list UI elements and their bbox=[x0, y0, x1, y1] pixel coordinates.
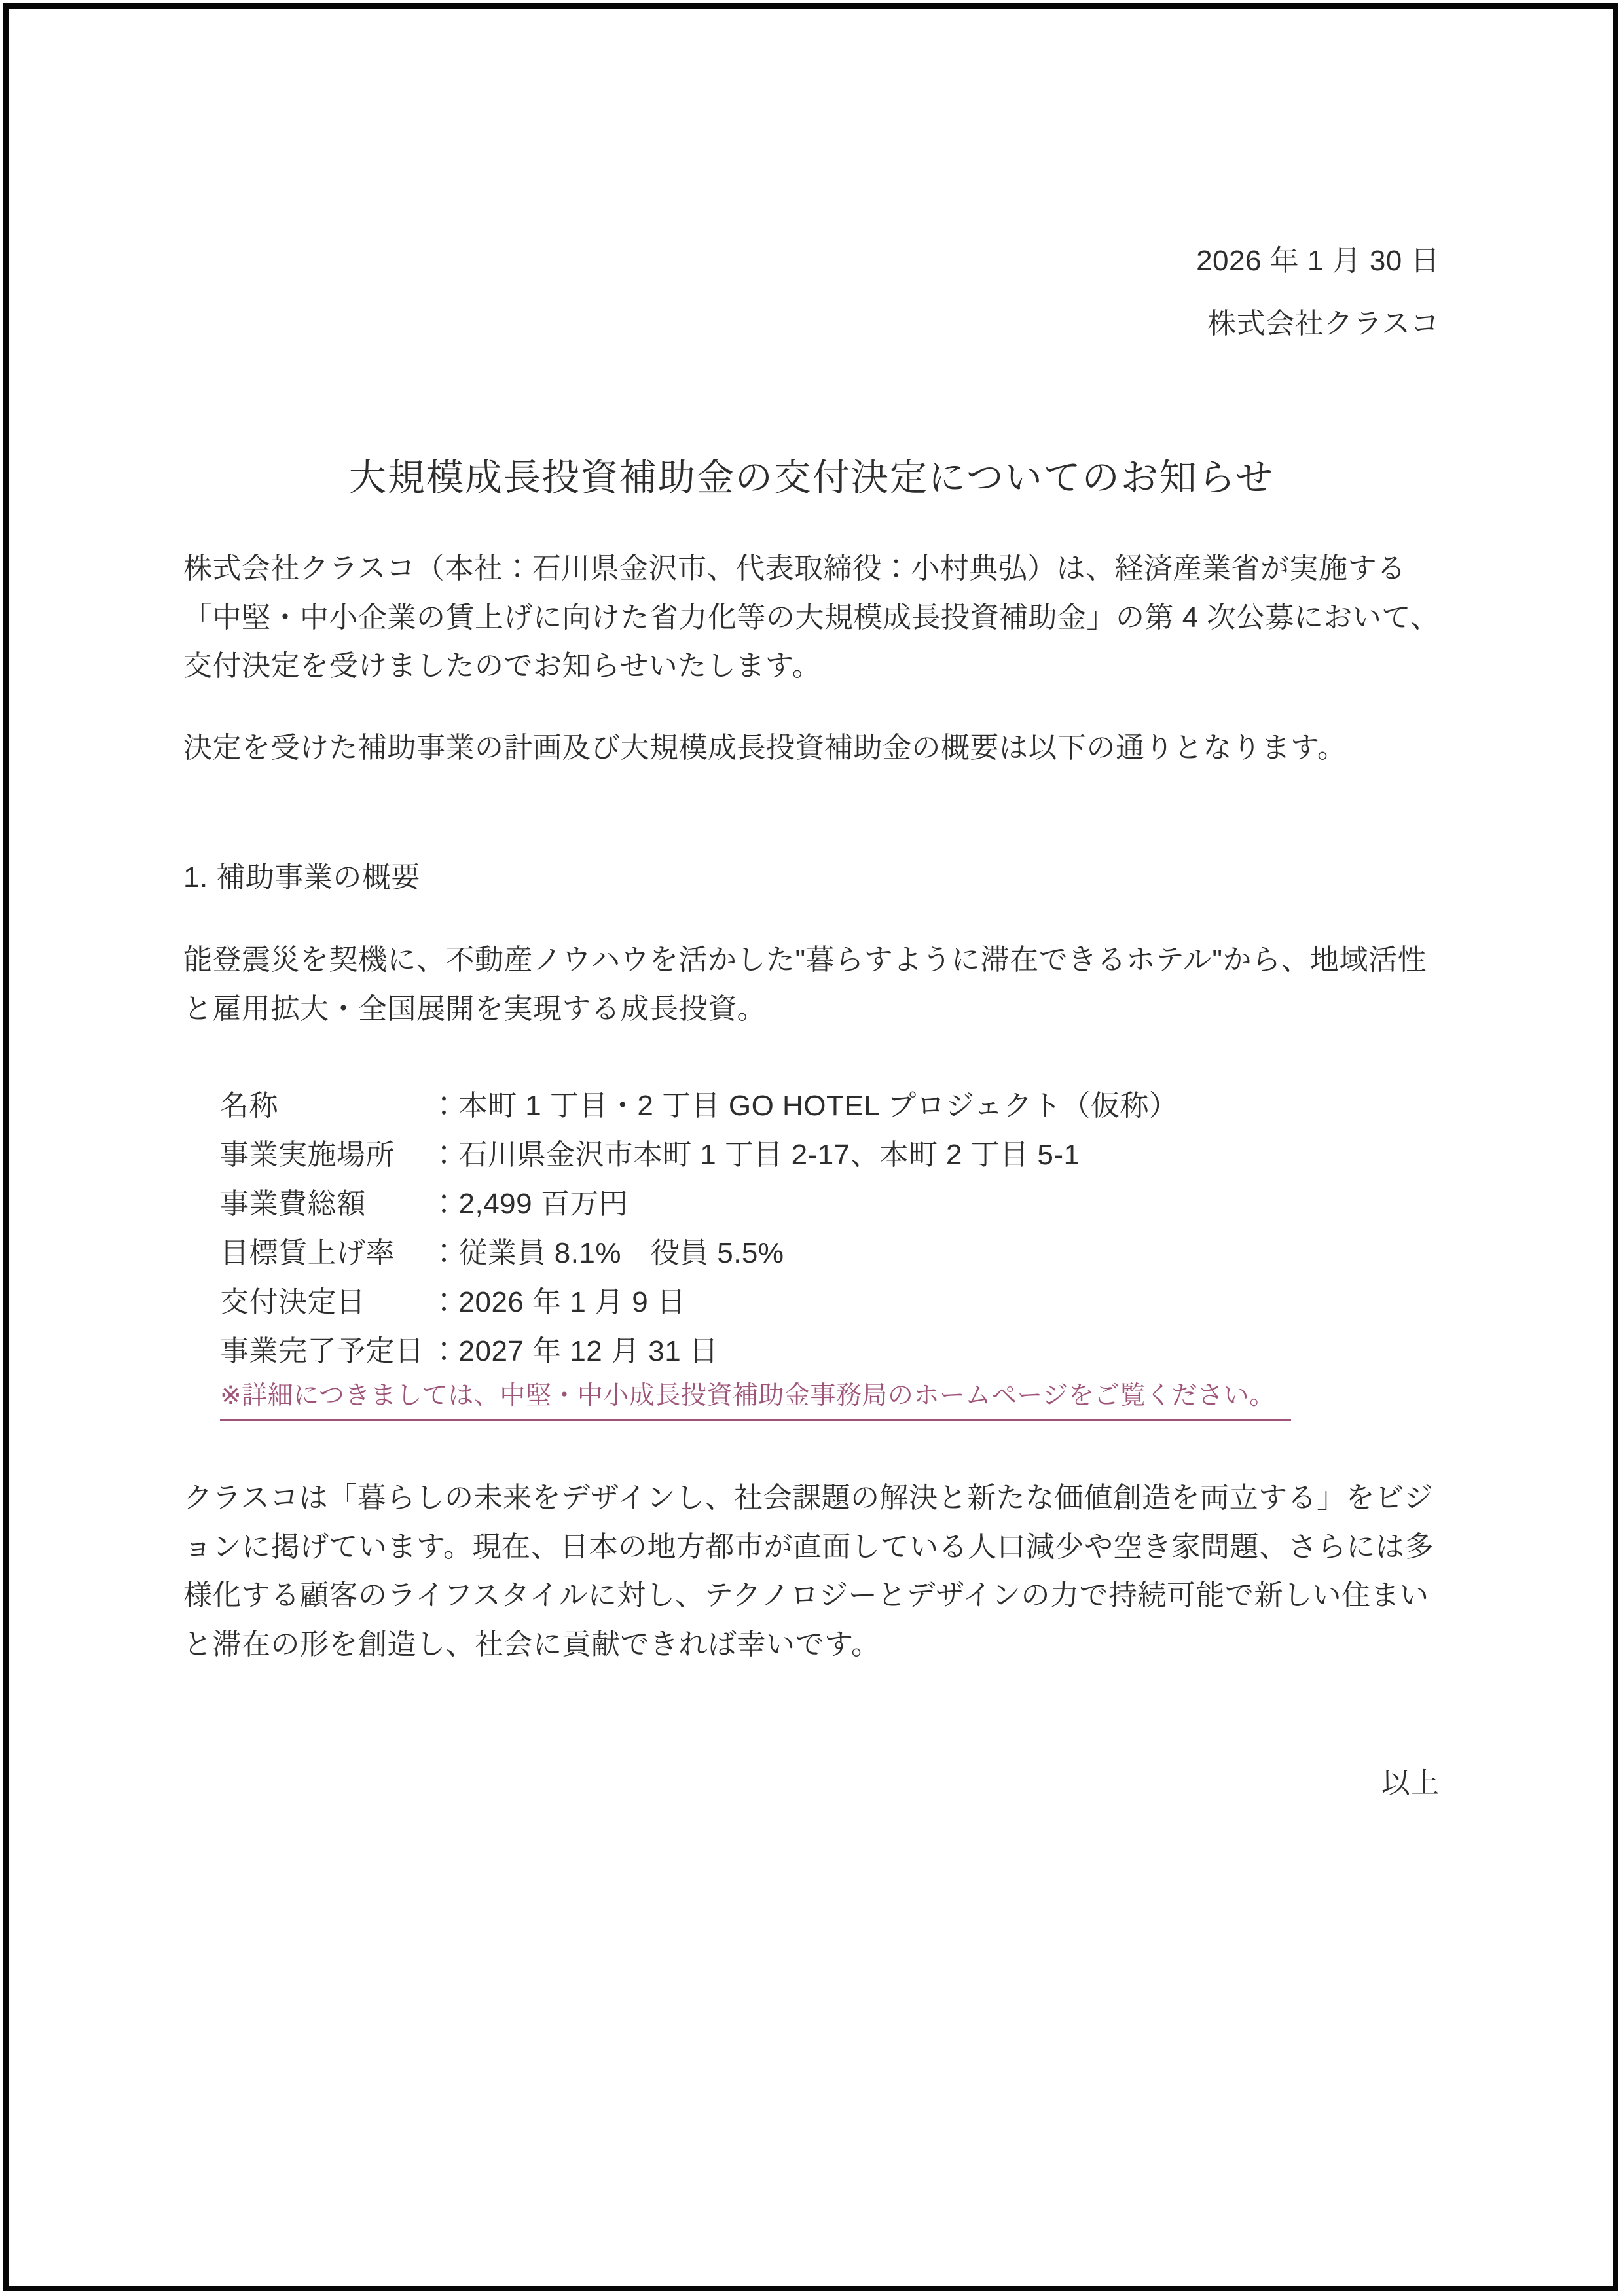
project-details-list: 名称 ：本町 1 丁目・2 丁目 GO HOTEL プロジェクト（仮称） 事業実… bbox=[220, 1081, 1440, 1376]
intro-line: 「中堅・中小企業の賃上げに向けた省力化等の大規模成長投資補助金」の第 4 次公募… bbox=[183, 594, 1440, 643]
detail-row-wage-target: 目標賃上げ率 ：従業員 8.1% 役員 5.5% bbox=[220, 1229, 1440, 1278]
section1-heading: 1. 補助事業の概要 bbox=[183, 853, 1440, 903]
detail-label: 事業完了予定日 bbox=[220, 1327, 429, 1376]
summary-line: 決定を受けた補助事業の計画及び大規模成長投資補助金の概要は以下の通りとなります。 bbox=[183, 724, 1440, 773]
detail-row-completion-date: 事業完了予定日 ：2027 年 12 月 31 日 bbox=[220, 1327, 1440, 1376]
vision-paragraph: クラスコは「暮らしの未来をデザインし、社会課題の解決と新たな価値創造を両立する」… bbox=[183, 1474, 1440, 1669]
vision-line: クラスコは「暮らしの未来をデザインし、社会課題の解決と新たな価値創造を両立する」… bbox=[183, 1474, 1440, 1523]
detail-label: 名称 bbox=[220, 1081, 429, 1130]
press-release-page: 2026 年 1 月 30 日 株式会社クラスコ 大規模成長投資補助金の交付決定… bbox=[0, 0, 1623, 2296]
detail-row-grant-decision-date: 交付決定日 ：2026 年 1 月 9 日 bbox=[220, 1278, 1440, 1327]
document-title: 大規模成長投資補助金の交付決定についてのお知らせ bbox=[183, 448, 1440, 501]
vision-line: 様化する顧客のライフスタイルに対し、テクノロジーとデザインの力で持続可能で新しい… bbox=[183, 1571, 1440, 1621]
overview-line: 能登震災を契機に、不動産ノウハウを活かした"暮らすように滞在できるホテル"から、… bbox=[183, 936, 1440, 985]
project-overview-paragraph: 能登震災を契機に、不動産ノウハウを活かした"暮らすように滞在できるホテル"から、… bbox=[183, 936, 1440, 1033]
detail-value: ：2027 年 12 月 31 日 bbox=[429, 1327, 718, 1376]
detail-label: 交付決定日 bbox=[220, 1278, 429, 1327]
detail-note-row: ※詳細につきましては、中堅・中小成長投資補助金事務局のホームページをご覧ください… bbox=[220, 1378, 1291, 1421]
vision-line: と滞在の形を創造し、社会に貢献できれば幸いです。 bbox=[183, 1621, 1440, 1670]
document-date: 2026 年 1 月 30 日 bbox=[183, 237, 1440, 286]
vision-line: ョンに掲げています。現在、日本の地方都市が直面している人口減少や空き家問題、さら… bbox=[183, 1523, 1440, 1572]
intro-paragraph: 株式会社クラスコ（本社：石川県金沢市、代表取締役：小村典弘）は、経済産業省が実施… bbox=[183, 545, 1440, 691]
detail-value: ：2,499 百万円 bbox=[429, 1179, 628, 1229]
overview-line: と雇用拡大・全国展開を実現する成長投資。 bbox=[183, 985, 1440, 1034]
detail-label: 目標賃上げ率 bbox=[220, 1229, 429, 1278]
closing-word: 以上 bbox=[183, 1759, 1440, 1808]
detail-row-name: 名称 ：本町 1 丁目・2 丁目 GO HOTEL プロジェクト（仮称） bbox=[220, 1081, 1440, 1130]
detail-label: 事業実施場所 bbox=[220, 1130, 429, 1179]
detail-value: ：本町 1 丁目・2 丁目 GO HOTEL プロジェクト（仮称） bbox=[429, 1081, 1178, 1130]
subsidy-office-homepage-link[interactable]: ※詳細につきましては、中堅・中小成長投資補助金事務局のホームページをご覧ください… bbox=[220, 1378, 1291, 1421]
detail-row-total-cost: 事業費総額 ：2,499 百万円 bbox=[220, 1179, 1440, 1229]
intro-line: 交付決定を受けましたのでお知らせいたします。 bbox=[183, 642, 1440, 691]
detail-value: ：2026 年 1 月 9 日 bbox=[429, 1278, 685, 1327]
detail-label: 事業費総額 bbox=[220, 1179, 429, 1229]
intro-line: 株式会社クラスコ（本社：石川県金沢市、代表取締役：小村典弘）は、経済産業省が実施… bbox=[183, 545, 1440, 594]
detail-row-location: 事業実施場所 ：石川県金沢市本町 1 丁目 2-17、本町 2 丁目 5-1 bbox=[220, 1130, 1440, 1179]
detail-value: ：石川県金沢市本町 1 丁目 2-17、本町 2 丁目 5-1 bbox=[429, 1130, 1080, 1179]
detail-value: ：従業員 8.1% 役員 5.5% bbox=[429, 1229, 784, 1278]
company-name: 株式会社クラスコ bbox=[183, 300, 1440, 349]
